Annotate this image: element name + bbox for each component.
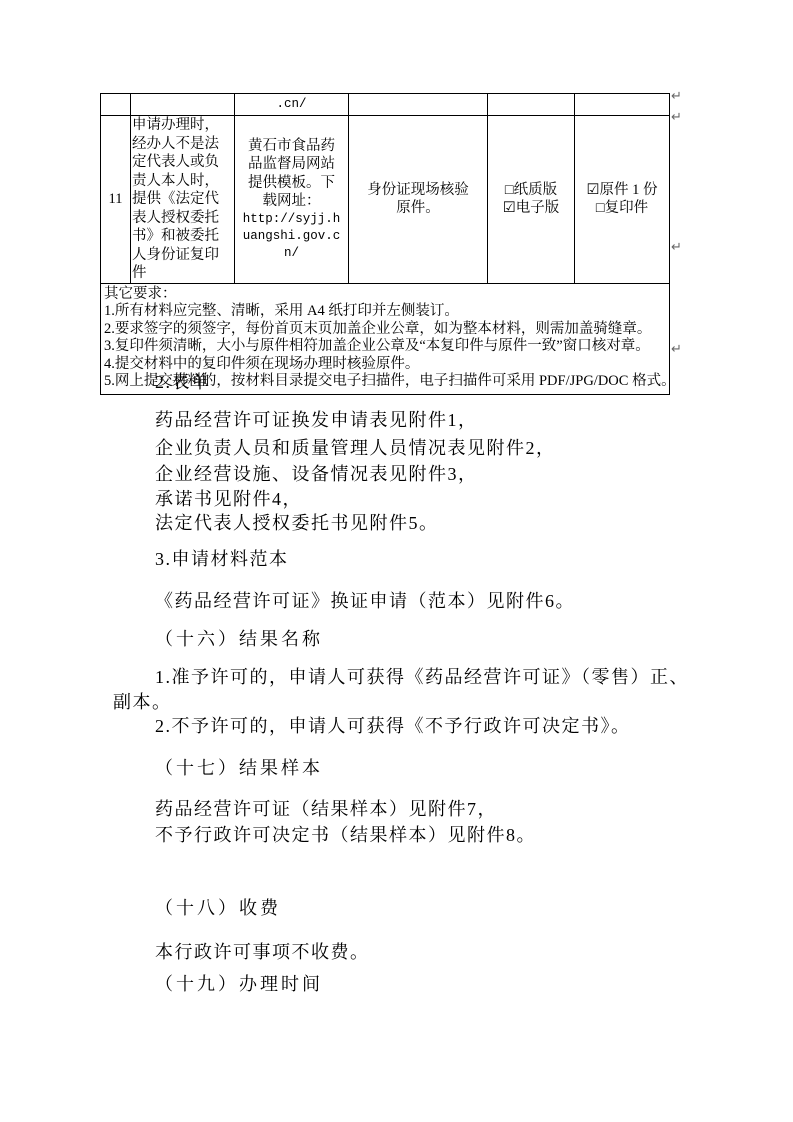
body-line: 企业负责人员和质量管理人员情况表见附件2， (155, 437, 556, 459)
body-line: 不予行政许可决定书（结果样本）见附件8。 (155, 824, 536, 846)
carryover-cell-empty (131, 94, 235, 116)
section-heading-fees: （十八）收费 (155, 897, 281, 919)
template-url-text: http://syjj.huangshi.gov.cn/ (242, 211, 341, 262)
body-line: 《药品经营许可证》换证申请（范本）见附件6。 (155, 590, 575, 612)
body-line: 法定代表人授权委托书见附件5。 (155, 512, 439, 534)
body-line: 2.不予许可的，申请人可获得《不予行政许可决定书》。 (155, 715, 631, 737)
section-heading-result-name: （十六）结果名称 (155, 628, 323, 650)
body-line-continuation: 副本。 (113, 691, 172, 713)
format-option-label: 电子版 (516, 200, 560, 216)
section-heading-process-time: （十九）办理时间 (155, 973, 323, 995)
format-option-paper: □纸质版 (489, 181, 573, 200)
other-requirement-item: 1.所有材料应完整、清晰，采用 A4 纸打印并左侧装订。 (104, 303, 666, 321)
body-line: 1.准予许可的，申请人可获得《药品经营许可证》（零售）正、 (155, 666, 689, 688)
section-heading-samples: 3.申请材料范本 (155, 548, 289, 570)
verification-cell: 身份证现场核验原件。 (349, 116, 488, 284)
materials-table: .cn/ 11 申请办理时，经办人不是法定代表人或负责人本人时，提供《法定代表人… (100, 93, 670, 395)
table-carryover-row: .cn/ (101, 94, 670, 116)
body-line: 药品经营许可证（结果样本）见附件7， (155, 798, 497, 820)
other-requirement-item: 2.要求签字的须签字，每份首页末页加盖企业公章，如为整本材料，则需加盖骑缝章。 (104, 321, 666, 339)
format-option-electronic: ☑电子版 (489, 199, 573, 218)
body-line: 承诺书见附件4， (155, 488, 302, 510)
other-requirements-title: 其它要求： (104, 286, 666, 304)
checkbox-checked-icon: ☑ (587, 182, 600, 198)
carryover-cell-empty (349, 94, 488, 116)
carryover-cell-empty (488, 94, 575, 116)
body-line: 药品经营许可证换发申请表见附件1， (155, 409, 478, 431)
row-number: 11 (101, 116, 131, 284)
paragraph-mark-icon: ↵ (671, 110, 682, 125)
carryover-url-tail: .cn/ (235, 94, 349, 116)
table-row-11: 11 申请办理时，经办人不是法定代表人或负责人本人时，提供《法定代表人授权委托书… (101, 116, 670, 284)
document-page: .cn/ 11 申请办理时，经办人不是法定代表人或负责人本人时，提供《法定代表人… (0, 0, 793, 1122)
carryover-cell-empty (575, 94, 670, 116)
paragraph-mark-icon: ↵ (671, 89, 682, 104)
url-tail-text: .cn/ (236, 96, 347, 113)
checkbox-unchecked-icon: □ (505, 182, 514, 198)
copy-option-label: 原件 1 份 (600, 182, 658, 198)
format-option-label: 纸质版 (514, 182, 558, 198)
copy-option-label: 复印件 (605, 200, 649, 216)
body-line: 企业经营设施、设备情况表见附件3， (155, 463, 478, 485)
copy-option-original: ☑原件 1 份 (576, 181, 668, 200)
checkbox-unchecked-icon: □ (596, 200, 605, 216)
copy-options-cell: ☑原件 1 份 □复印件 (575, 116, 670, 284)
copy-option-photocopy: □复印件 (576, 199, 668, 218)
section-heading-forms: 2.表单 (155, 371, 211, 393)
body-line: 本行政许可事项不收费。 (155, 941, 370, 963)
format-options-cell: □纸质版 ☑电子版 (488, 116, 575, 284)
paragraph-mark-icon: ↵ (671, 240, 682, 255)
paragraph-mark-icon: ↵ (671, 342, 682, 357)
section-heading-result-sample: （十七）结果样本 (155, 757, 323, 779)
material-name-cell: 申请办理时，经办人不是法定代表人或负责人本人时，提供《法定代表人授权委托书》和被… (131, 116, 235, 284)
checkbox-checked-icon: ☑ (503, 200, 516, 216)
other-requirement-item: 3.复印件须清晰，大小与原件相符加盖企业公章及“本复印件与原件一致”窗口核对章。 (104, 338, 666, 356)
template-source-cell: 黄石市食品药品监督局网站提供模板。下载网址： http://syjj.huang… (235, 116, 349, 284)
carryover-cell-empty (101, 94, 131, 116)
template-source-text: 黄石市食品药品监督局网站提供模板。下载网址： (248, 138, 335, 210)
